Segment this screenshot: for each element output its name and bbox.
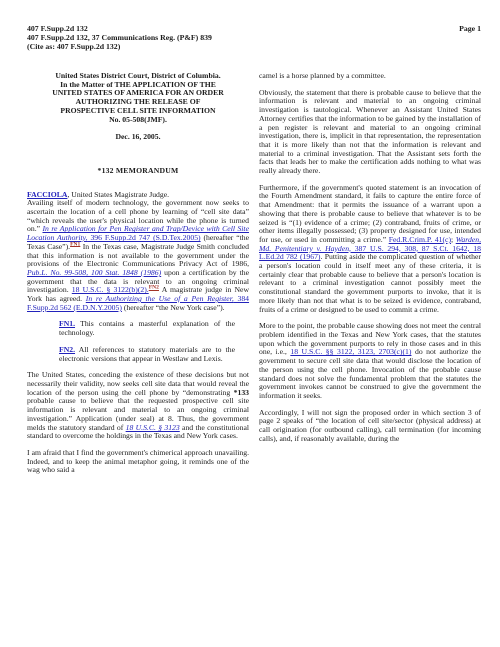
text-segment: , United States Magistrate Judge. xyxy=(67,190,169,199)
footnote-label-link[interactable]: FN2. xyxy=(59,345,75,354)
citation-link[interactable]: In re Authorizing the Use of a Pen Regis… xyxy=(86,294,234,303)
opinion-paragraph: camel is a horse planned by a committee. xyxy=(259,72,481,81)
citation-header: 407 F.Supp.2d 132 407 F.Supp.2d 132, 37 … xyxy=(27,24,212,51)
text-segment: Accordingly, I will not sign the propose… xyxy=(259,408,481,443)
docket-number-line: No. 05-508(JMF). xyxy=(27,116,249,125)
text-segment: . Putting aside the complicated question… xyxy=(259,252,481,313)
text-segment: do not authorize the government to secur… xyxy=(259,347,481,400)
memorandum-heading: *132 MEMORANDUM xyxy=(27,167,249,176)
citation-line-2: 407 F.Supp.2d 132, 37 Communications Reg… xyxy=(27,33,212,42)
opinion-date: Dec. 16, 2005. xyxy=(27,133,249,142)
footnote-1: FN1. This contains a masterful explanati… xyxy=(59,320,235,337)
text-segment: The United States, conceding the existen… xyxy=(27,370,249,396)
document-header: 407 F.Supp.2d 132 407 F.Supp.2d 132, 37 … xyxy=(27,24,481,51)
opinion-paragraph: Accordingly, I will not sign the propose… xyxy=(259,409,481,444)
citation-link[interactable]: 18 U.S.C. §§ 3122, 3123, 2703(c)(1) xyxy=(290,347,411,356)
star-page-marker: *133 xyxy=(234,388,249,397)
document-page: 407 F.Supp.2d 132 407 F.Supp.2d 132, 37 … xyxy=(0,0,500,647)
citation-link[interactable]: 396 F.Supp.2d 747 (S.D.Tex.2005) xyxy=(88,233,201,242)
citation-line-1: 407 F.Supp.2d 132 xyxy=(27,24,212,33)
citation-link[interactable]: 18 U.S.C. § 3122(b)(2). xyxy=(72,285,149,294)
opinion-paragraph: The United States, conceding the existen… xyxy=(27,371,249,441)
opinion-paragraph: I am afraid that I find the government's… xyxy=(27,449,249,475)
opinion-paragraph: Furthermore, if the government's quoted … xyxy=(259,184,481,315)
text-segment: This contains a masterful explanation of… xyxy=(59,319,235,337)
citation-link[interactable]: 18 U.S.C. § 3123 xyxy=(126,423,180,432)
footnote-label-link[interactable]: FN1. xyxy=(59,319,75,328)
text-segment: I am afraid that I find the government's… xyxy=(27,448,249,474)
footnote-2: FN2. All references to statutory materia… xyxy=(59,346,235,363)
footnote-ref[interactable]: FN1 xyxy=(70,241,80,247)
page-number: Page 1 xyxy=(459,24,481,33)
citation-link[interactable]: Pub.L. No. 99-508, 100 Stat. 1848 (1986) xyxy=(27,268,161,277)
text-segment: (hereafter “the New York case”). xyxy=(122,303,225,312)
footnote-ref[interactable]: FN2 xyxy=(149,285,159,291)
opinion-paragraph: FACCIOLA, United States Magistrate Judge… xyxy=(27,191,249,313)
two-column-body: United States District Court, District o… xyxy=(27,72,481,475)
text-segment: All references to statutory materials ar… xyxy=(59,345,235,363)
opinion-paragraph: Obviously, the statement that there is p… xyxy=(259,89,481,176)
judge-name-link[interactable]: FACCIOLA xyxy=(27,190,67,199)
cite-as-line: (Cite as: 407 F.Supp.2d 132) xyxy=(27,42,212,51)
text-segment: Obviously, the statement that there is p… xyxy=(259,88,481,175)
citation-link[interactable]: Fed.R.Crim.P. 41(c) xyxy=(389,235,451,244)
left-column: United States District Court, District o… xyxy=(27,72,249,475)
opinion-paragraph: More to the point, the probable cause sh… xyxy=(259,322,481,400)
right-column: camel is a horse planned by a committee.… xyxy=(259,72,481,443)
text-segment: camel is a horse planned by a committee. xyxy=(259,71,386,80)
